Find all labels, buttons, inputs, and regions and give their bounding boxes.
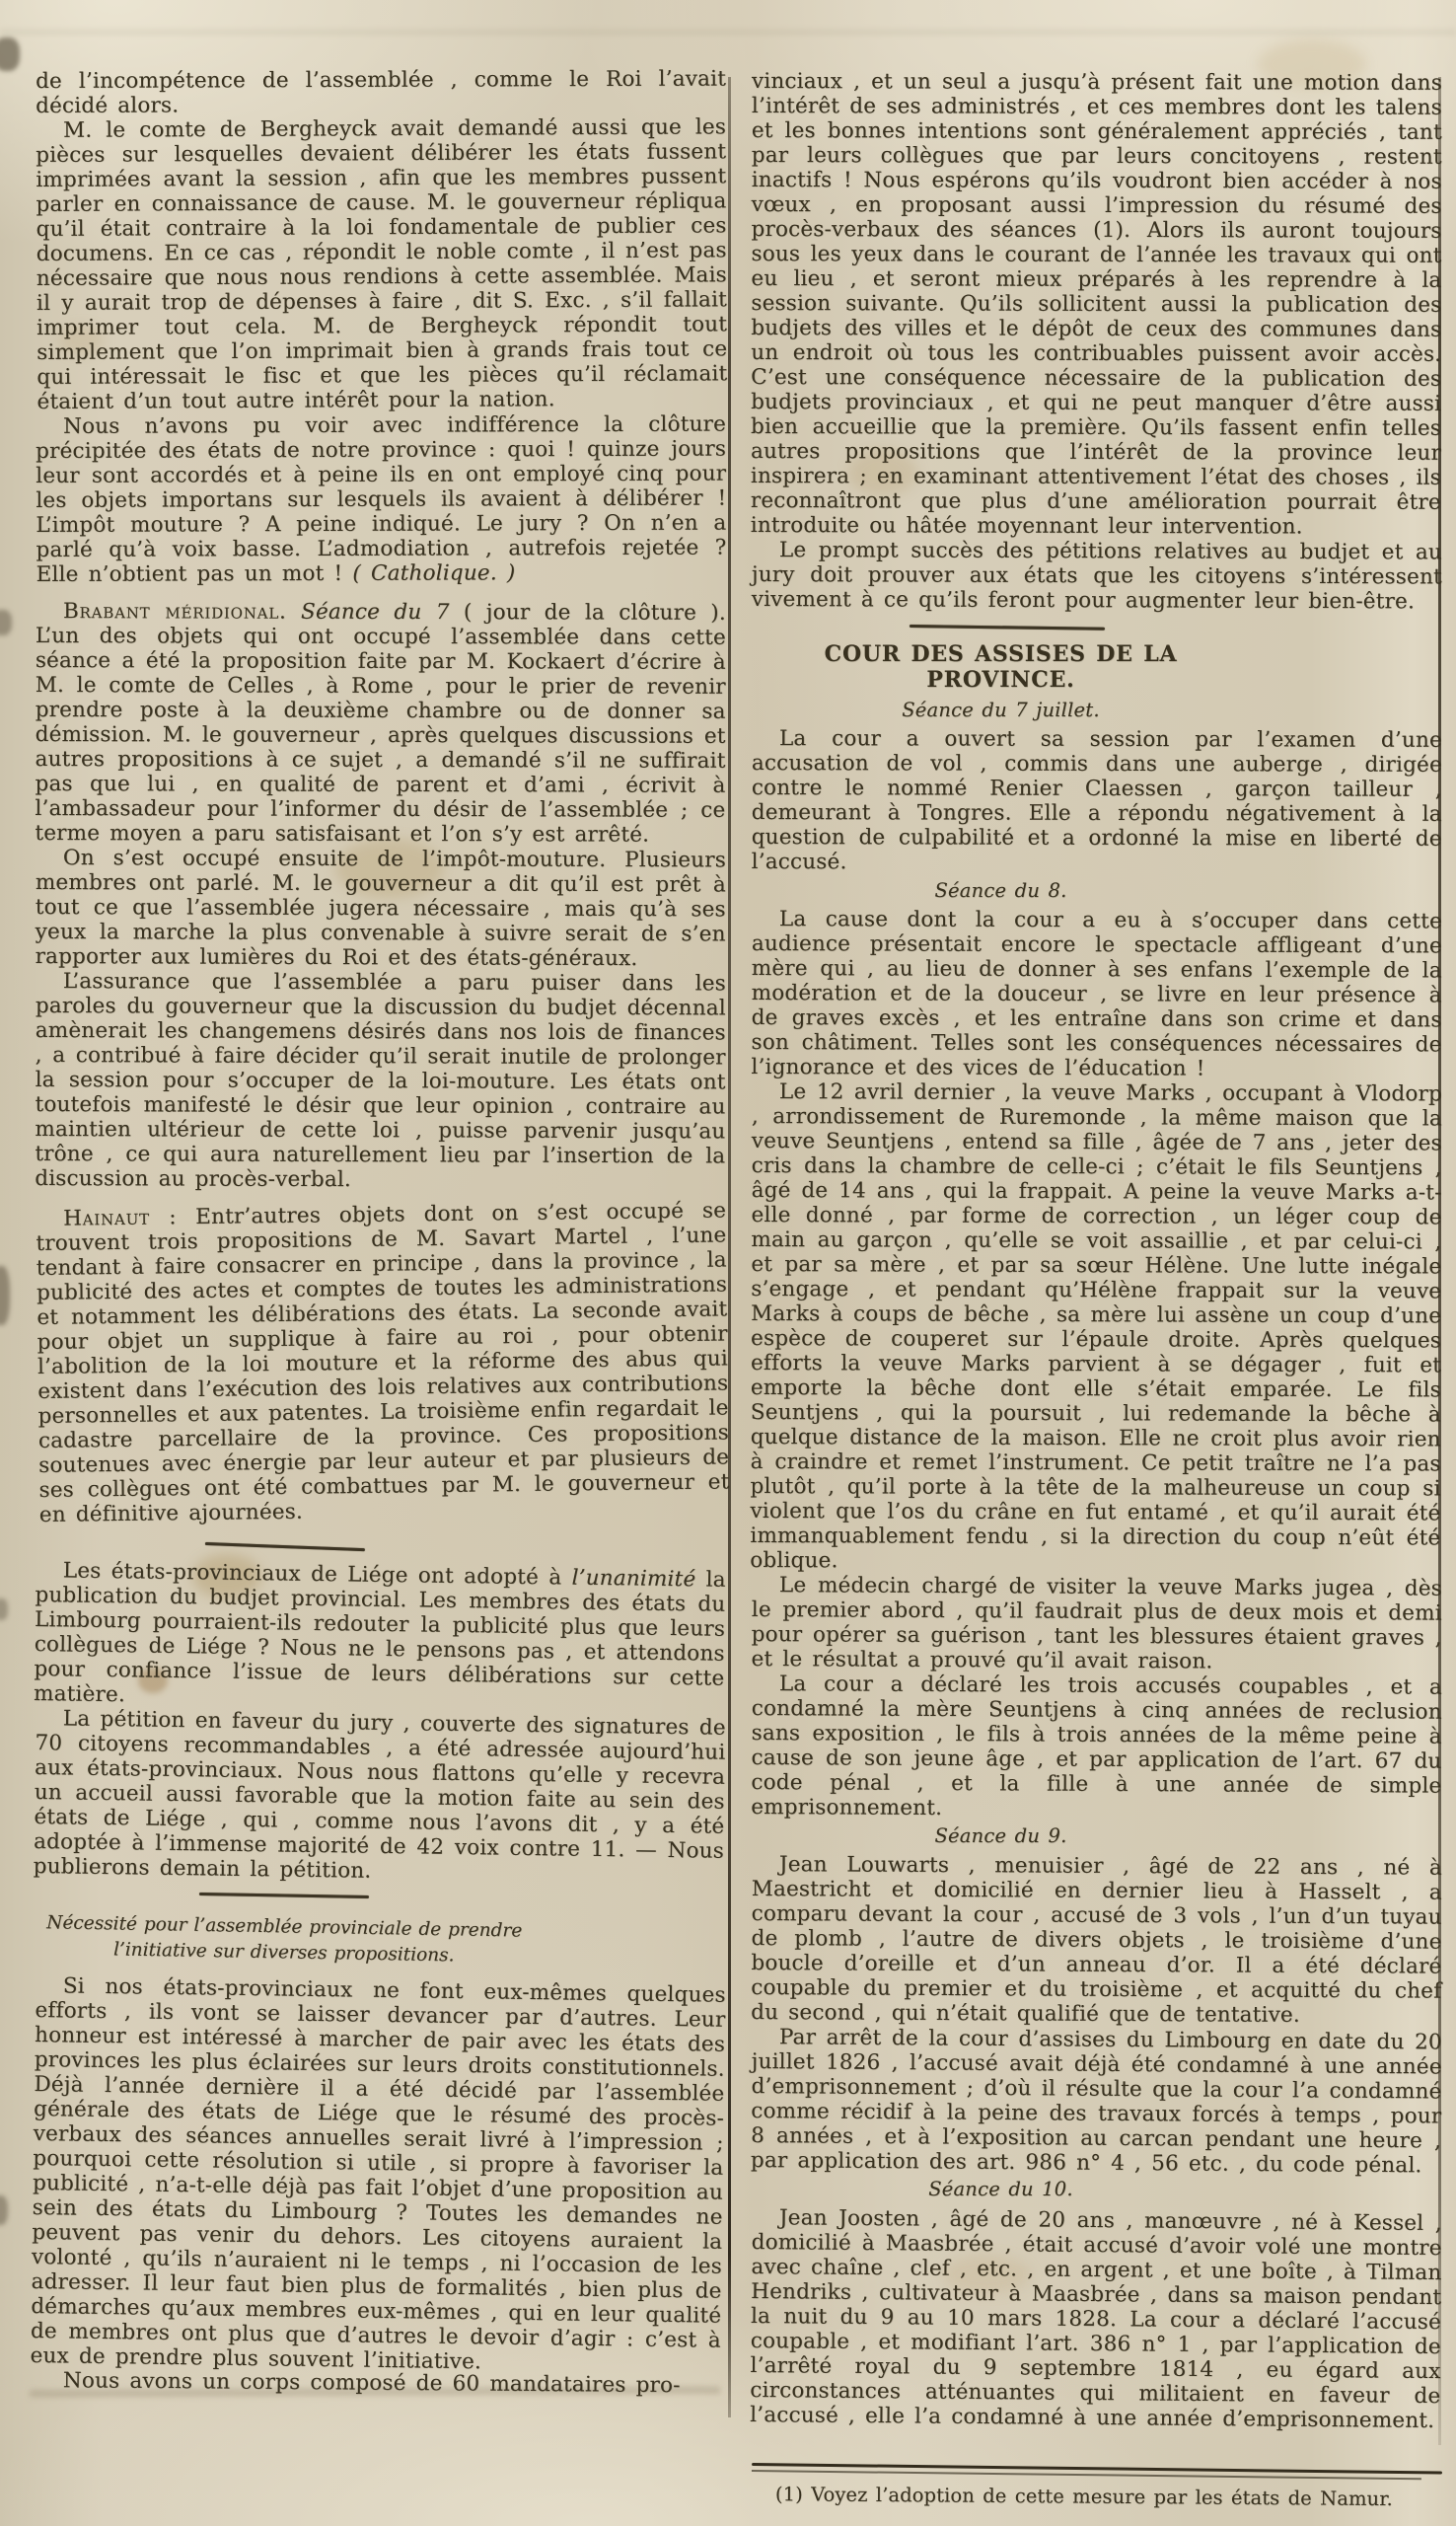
seance-label-inline: Séance du 7	[301, 600, 450, 625]
paragraph-seance-8-medecin: Le médecin chargé de visiter la veuve Ma…	[751, 1573, 1442, 1675]
paragraph-incompetence: de l’incompétence de l’assemblée , comme…	[36, 67, 726, 118]
right-column: vinciaux , et un seul a jusqu’à présent …	[752, 69, 1442, 2506]
paragraph-seance-9-recidive: Par arrêt de la cour d’assises du Limbou…	[751, 2025, 1442, 2178]
paper-crease	[0, 30, 1456, 35]
paragraph-seance-7: La cour a ouvert sa session par l’examen…	[752, 726, 1442, 876]
paragraph-seance-8-faits: Le 12 avril dernier , la veuve Marks , o…	[750, 1079, 1442, 1575]
paragraph-vinciaux: vinciaux , et un seul a jusqu’à présent …	[751, 69, 1442, 540]
section-title-cour-assises: COUR DES ASSISES DE LA PROVINCE.	[752, 641, 1250, 693]
page-edge-smudge	[0, 2195, 8, 2225]
subheading-seance-10: Séance du 10.	[752, 2176, 1250, 2202]
paragraph-bergheyck: M. le comte de Bergheyck avait demandé a…	[36, 114, 728, 414]
subheading-seance-8: Séance du 8.	[752, 877, 1250, 904]
paragraph-liege-budget: Les états-provinciaux de Liége ont adopt…	[34, 1558, 726, 1716]
paragraph-petition-jury: La pétition en faveur du jury , couverte…	[34, 1706, 726, 1889]
left-column: de l’incompétence de l’assemblée , comme…	[36, 69, 726, 2393]
paragraph-impot-mouture: On s’est occupé ensuite de l’impôt-moutu…	[36, 846, 726, 971]
subheading-seance-7-juillet: Séance du 7 juillet.	[752, 697, 1250, 723]
paragraph-cloture: Nous n’avons pu voir avec indifférence l…	[36, 412, 727, 587]
section-lead-hainaut: Hainaut :	[63, 1205, 177, 1230]
page-edge-smudge	[0, 610, 12, 635]
paragraph-seance-10-joosten: Jean Joosten , âgé de 20 ans , manœuvre …	[750, 2205, 1442, 2433]
paragraph-prompt-succes: Le prompt succès des pétitions relatives…	[752, 538, 1442, 614]
section-divider-rule	[910, 625, 1105, 630]
column-divider-rule	[728, 77, 731, 2417]
paragraph-seance-8-intro: La cause dont la cour a eu à s’occuper d…	[751, 907, 1442, 1081]
paragraph-seance-8-verdict: La cour a déclaré les trois accusés coup…	[751, 1672, 1442, 1823]
article-heading-necessite: Nécessité pour l’assemblée provinciale d…	[35, 1910, 534, 1970]
subheading-seance-9: Séance du 9.	[752, 1822, 1250, 1849]
footnote-namur: (1) Voyez l’adoption de cette mesure par…	[752, 2483, 1442, 2511]
page-edge-smudge	[0, 37, 20, 71]
paragraph-hainaut: Hainaut : Entr’autres objets dont on s’e…	[36, 1198, 730, 1527]
page-edge-smudge	[0, 1598, 8, 1620]
newspaper-page-scan: de l’incompétence de l’assemblée , comme…	[0, 0, 1456, 2526]
paragraph-initiative: Si nos états-provinciaux ne font eux-mêm…	[30, 1973, 726, 2378]
footnote-rule	[752, 2463, 1442, 2480]
paragraph-seance-9-louwarts: Jean Louwarts , menuisier , âgé de 22 an…	[751, 1852, 1442, 2029]
paragraph-brabant-meridional: Brabant méridional. Séance du 7 ( jour d…	[35, 599, 726, 848]
page-edge-smudge	[0, 1266, 10, 1325]
source-attribution: ( Catholique. )	[352, 560, 515, 586]
emphasis-unanimite: l’unanimité	[571, 1565, 695, 1592]
paragraph-assurance: L’assurance que l’assemblée a paru puise…	[35, 969, 726, 1193]
paragraph-text: Entr’autres objets dont on s’est occupé …	[36, 1198, 729, 1527]
section-divider-rule	[205, 1542, 365, 1551]
section-lead-brabant: Brabant méridional.	[63, 599, 287, 625]
paragraph-text: ( jour de la clôture ). L’un des objets …	[35, 600, 726, 847]
paragraph-corps-mandataires: Nous avons un corps composé de 60 mandat…	[36, 2368, 726, 2398]
section-divider-rule	[199, 1893, 369, 1898]
